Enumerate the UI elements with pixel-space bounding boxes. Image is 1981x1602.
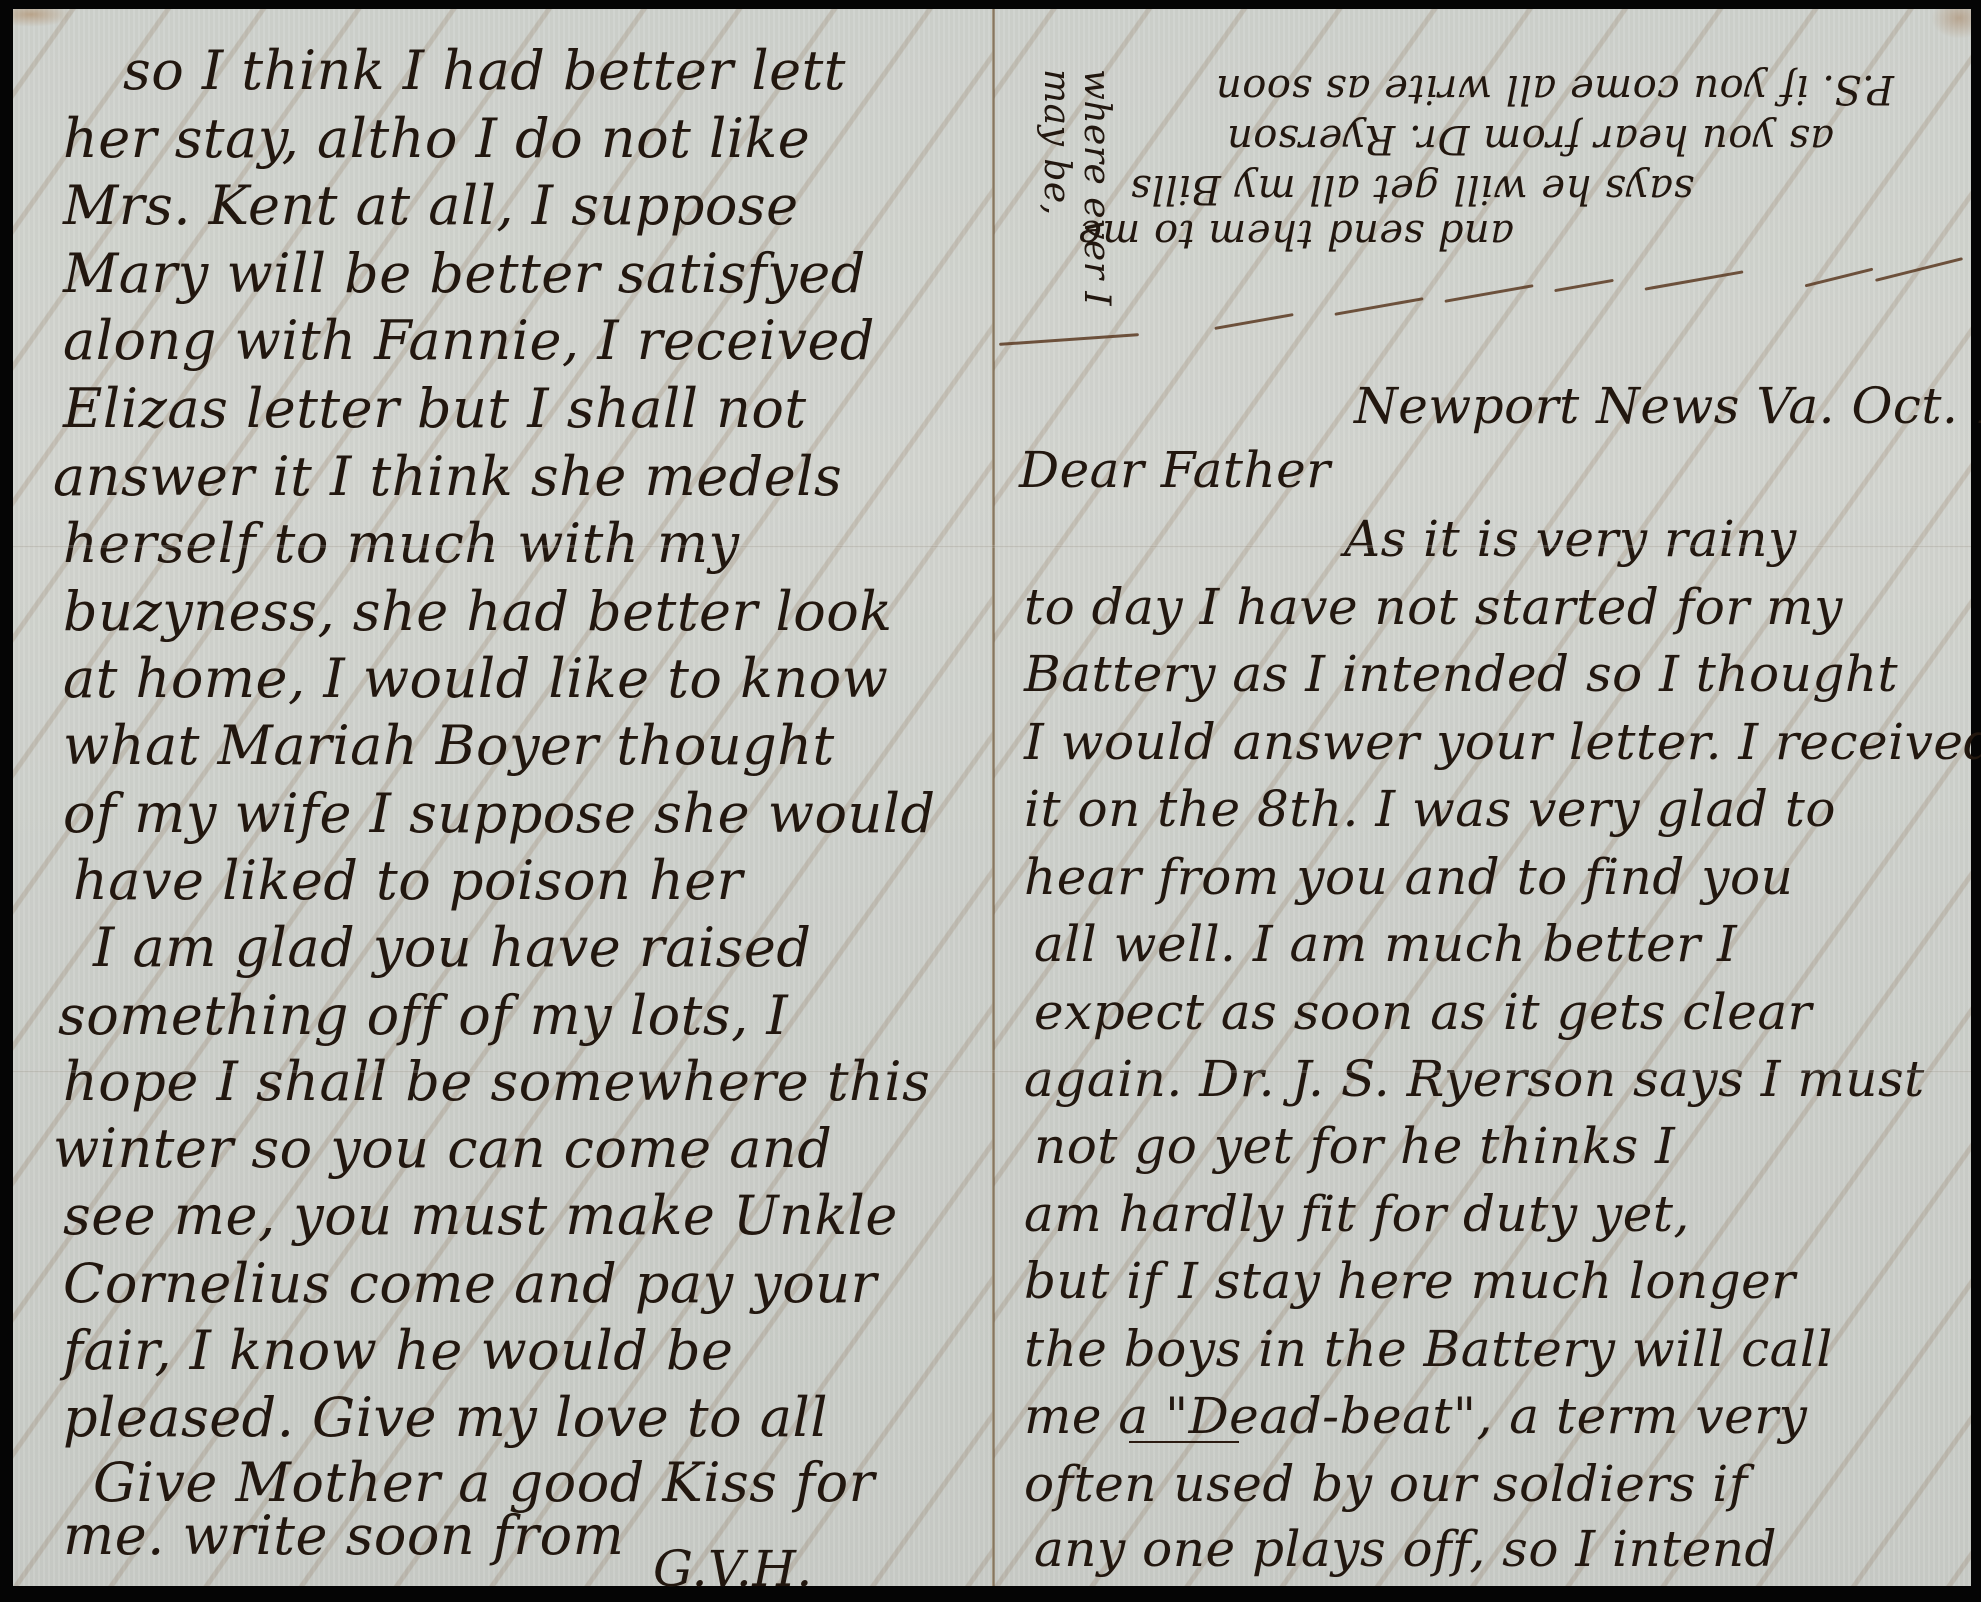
pen-divider-stroke (1554, 279, 1614, 292)
handwritten-line: what Mariah Boyer thought (63, 719, 835, 773)
margin-note-line: where ever I (1078, 69, 1114, 306)
right-page: P.S. if you come all write as soon as yo… (994, 9, 1971, 1586)
handwritten-line: me. write soon from (63, 1509, 624, 1563)
pen-divider-stroke (1644, 270, 1743, 290)
handwritten-line: answer it I think she medels (53, 450, 842, 504)
margin-note-vertical: where ever I may be, (979, 49, 1069, 299)
letter-sheet: so I think I had better lett her stay, a… (13, 9, 1971, 1586)
handwritten-line: herself to much with my (63, 517, 740, 571)
handwritten-line: something off of my lots, I (58, 989, 788, 1043)
postscript-line: and send them to me (1078, 214, 1514, 254)
letter-date-heading: Newport News Va. Oct. 12th/62 (1354, 381, 1981, 431)
handwritten-line: I would answer your letter. I received (1024, 717, 1981, 767)
handwritten-line: winter so you can come and (53, 1122, 832, 1176)
handwritten-line: As it is very rainy (1344, 514, 1797, 564)
pen-divider-stroke (1444, 284, 1533, 303)
handwritten-line: at home, I would like to know (63, 652, 888, 706)
postscript-line: as you hear from Dr. Ryerson (1227, 119, 1834, 159)
handwritten-line: again. Dr. J. S. Ryerson says I must (1024, 1054, 1925, 1104)
foxing-stain (1931, 9, 1971, 39)
handwritten-line: her stay, altho I do not like (63, 112, 810, 166)
handwritten-line: the boys in the Battery will call (1024, 1324, 1833, 1374)
horizontal-fold (13, 1070, 1971, 1073)
handwritten-line: am hardly fit for duty yet, (1024, 1189, 1690, 1239)
postscript-line: says he will get all my Bills (1130, 169, 1694, 209)
handwritten-line: expect as soon as it gets clear (1034, 987, 1812, 1037)
handwritten-line: hope I shall be somewhere this (63, 1055, 930, 1109)
handwritten-line: along with Fannie, I received (63, 314, 875, 368)
handwritten-line: but if I stay here much longer (1024, 1256, 1796, 1306)
signature: G.V.H. (653, 1544, 813, 1594)
handwritten-line: Mary will be better satisfyed (63, 247, 866, 301)
postscript-upside-down: P.S. if you come all write as soon as yo… (1054, 34, 1934, 264)
horizontal-fold (13, 545, 1971, 548)
handwritten-line: any one plays off, so I intend (1034, 1524, 1777, 1574)
pen-divider-stroke (1805, 268, 1874, 288)
foxing-stain (13, 9, 73, 27)
left-page: so I think I had better lett her stay, a… (13, 9, 993, 1586)
handwritten-line: so I think I had better lett (123, 44, 846, 98)
underline-dead-beat (1129, 1441, 1239, 1443)
handwritten-line: I am glad you have raised (93, 921, 811, 975)
handwritten-line: to day I have not started for my (1024, 582, 1843, 632)
salutation: Dear Father (1019, 445, 1331, 495)
handwritten-line: have liked to poison her (73, 854, 743, 908)
handwritten-line: Give Mother a good Kiss for (93, 1456, 875, 1510)
handwritten-line: Elizas letter but I shall not (63, 382, 807, 436)
handwritten-line: often used by our soldiers if (1024, 1459, 1748, 1509)
pen-divider-stroke (1334, 297, 1423, 316)
handwritten-line: hear from you and to find you (1024, 852, 1793, 902)
handwritten-line: see me, you must make Unkle (63, 1189, 898, 1243)
handwritten-line: Mrs. Kent at all, I suppose (63, 179, 799, 233)
pen-divider-stroke (999, 333, 1139, 346)
handwritten-line: pleased. Give my love to all (63, 1391, 828, 1445)
handwritten-line: Cornelius come and pay your (63, 1257, 877, 1311)
handwritten-line: fair, I know he would be (63, 1324, 734, 1378)
handwritten-line: not go yet for he thinks I (1034, 1121, 1675, 1171)
handwritten-line: Battery as I intended so I thought (1024, 649, 1898, 699)
margin-note-line: may be, (1038, 69, 1074, 216)
handwritten-line: buzyness, she had better look (63, 585, 892, 639)
pen-divider-stroke (1214, 313, 1293, 330)
handwritten-line: it on the 8th. I was very glad to (1024, 784, 1836, 834)
postscript-line: P.S. if you come all write as soon (1215, 69, 1894, 109)
handwritten-line: of my wife I suppose she would (63, 787, 936, 841)
handwritten-line: all well. I am much better I (1034, 919, 1737, 969)
handwritten-line: me a "Dead-beat", a term very (1024, 1391, 1807, 1441)
